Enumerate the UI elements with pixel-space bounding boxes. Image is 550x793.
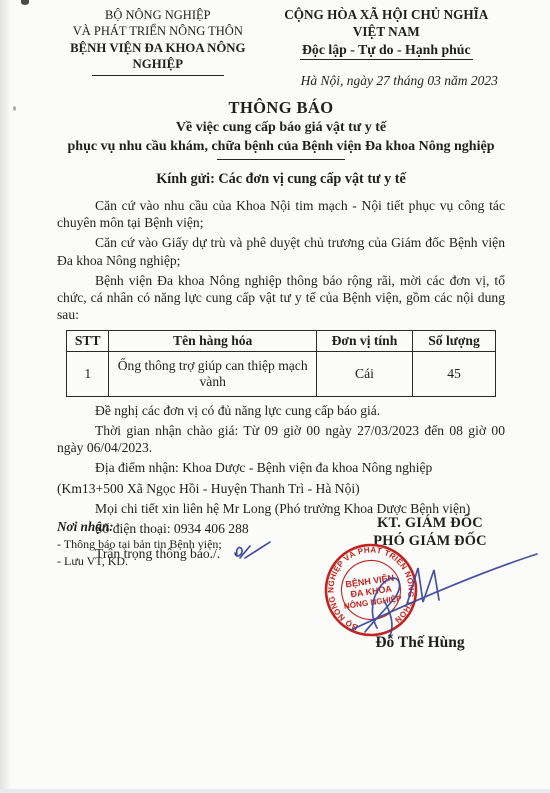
col-header-unit: Đơn vị tính [316, 330, 412, 351]
document-title: THÔNG BÁO [57, 98, 505, 118]
issuing-org-block: BỘ NÔNG NGHIỆP VÀ PHÁT TRIỂN NÔNG THÔN B… [57, 7, 259, 76]
salutation: Kính gửi: Các đơn vị cung cấp vật tư y t… [57, 171, 505, 188]
col-header-stt: STT [67, 330, 109, 351]
signer-role-1: KT. GIÁM ĐỐC [325, 514, 535, 532]
col-header-item-name: Tên hàng hóa [109, 330, 316, 351]
table-row: 1 Ống thông trợ giúp can thiệp mạch vành… [67, 351, 496, 396]
document-page: BỘ NÔNG NGHIỆP VÀ PHÁT TRIỂN NÔNG THÔN B… [0, 0, 550, 793]
paragraph-basis-1: Căn cứ vào nhu cầu của Khoa Nội tim mạch… [57, 197, 505, 232]
signer-name: Đỗ Thế Hùng [315, 634, 525, 652]
table-header-row: STT Tên hàng hóa Đơn vị tính Số lượng [67, 330, 496, 351]
header-rule [92, 75, 224, 76]
hospital-name: BỆNH VIỆN ĐA KHOA NÔNG NGHIỆP [57, 40, 259, 73]
goods-table: STT Tên hàng hóa Đơn vị tính Số lượng 1 … [66, 330, 496, 397]
subject-line-2: phục vụ nhu cầu khám, chữa bệnh của Bệnh… [57, 138, 505, 156]
paragraph-announcement: Bệnh viện Đa khoa Nông nghiệp thông báo … [57, 272, 505, 324]
subject-rule [217, 159, 345, 160]
location-line: Địa điểm nhận: Khoa Dược - Bệnh viện đa … [57, 459, 505, 476]
scan-artifact [13, 106, 16, 111]
date-line: Hà Nội, ngày 27 tháng 03 năm 2023 [294, 73, 505, 89]
document-header: BỘ NÔNG NGHIỆP VÀ PHÁT TRIỂN NÔNG THÔN B… [57, 7, 505, 89]
recipients-label: Nơi nhận: [57, 518, 222, 536]
cell-stt: 1 [67, 351, 109, 396]
subject-line-1: Về việc cung cấp báo giá vật tư y tế [57, 119, 505, 137]
paragraph-basis-2: Căn cứ vào Giấy dự trù và phê duyệt chủ … [57, 234, 505, 269]
cell-item-name: Ống thông trợ giúp can thiệp mạch vành [109, 351, 316, 396]
scan-edge-bottom [0, 789, 550, 793]
recipient-item: - Thông báo tại bản tin Bệnh viện; [57, 536, 222, 553]
ministry-name-line1: BỘ NÔNG NGHIỆP [57, 7, 259, 23]
scan-artifact [21, 0, 29, 5]
footer-section: Nơi nhận: - Thông báo tại bản tin Bệnh v… [57, 514, 505, 689]
scan-edge-shadow [0, 0, 11, 793]
address-line: (Km13+500 Xã Ngọc Hồi - Huyện Thanh Trì … [57, 480, 505, 497]
cell-unit: Cái [316, 351, 412, 396]
national-motto-block: CỘNG HÒA XÃ HỘI CHỦ NGHĨA VIỆT NAM Độc l… [268, 7, 505, 89]
col-header-quantity: Số lượng [412, 330, 495, 351]
recipient-item: - Lưu VT, KD. [57, 553, 222, 570]
document-content: BỘ NÔNG NGHIỆP VÀ PHÁT TRIỂN NÔNG THÔN B… [57, 7, 505, 563]
ministry-name-line2: VÀ PHÁT TRIỂN NÔNG THÔN [57, 23, 259, 39]
cell-quantity: 45 [412, 351, 495, 396]
request-line: Đề nghị các đơn vị có đủ năng lực cung c… [57, 402, 505, 419]
national-title: CỘNG HÒA XÃ HỘI CHỦ NGHĨA VIỆT NAM [268, 7, 505, 40]
national-motto: Độc lập - Tự do - Hạnh phúc [300, 42, 473, 60]
signature-icon [315, 546, 543, 644]
deadline-line: Thời gian nhận chào giá: Từ 09 giờ 00 ng… [57, 422, 505, 457]
recipients-block: Nơi nhận: - Thông báo tại bản tin Bệnh v… [57, 518, 222, 570]
